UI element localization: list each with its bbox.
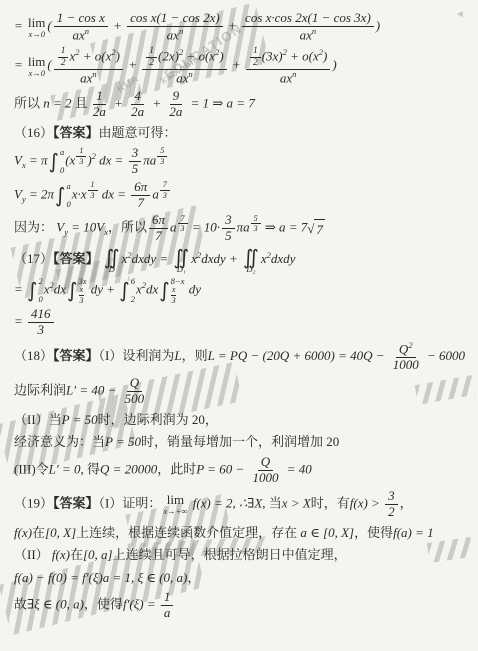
denominator: 2 — [250, 58, 261, 69]
numerator: Q2 — [396, 341, 416, 358]
q19-part1-proof: （19）【答案】（I）证明：limx→+∞ f(x) = 2, ∴∃X, 当x … — [14, 489, 474, 520]
math-text: x·x — [72, 186, 87, 201]
numerator: 1 — [161, 590, 174, 606]
q16-vy: Vy = 2π∫a0x·x13 dx = 6π7a73 — [14, 180, 474, 211]
math-text: 1 — [96, 88, 103, 103]
fraction: 6π7 — [149, 213, 168, 244]
cjk-text: 在 — [70, 547, 83, 562]
limit-under: x→0 — [28, 30, 45, 39]
denominator: 2 — [146, 58, 157, 69]
denominator: 5 — [222, 229, 235, 244]
limit-word: lim — [28, 16, 45, 29]
math-text: ( — [47, 57, 51, 72]
integral-sign: ∫ — [159, 280, 169, 300]
math-text: dxdy — [271, 252, 296, 267]
math-text: ⇒ a = 7 — [262, 220, 308, 235]
fraction: 12a — [90, 89, 109, 120]
radical-sign: √ — [307, 219, 314, 240]
denominator: 3 — [88, 191, 98, 200]
document-content: = limx→0(1 − cos xaxn + cos x(1 − cos 2x… — [0, 0, 478, 621]
numerator: 7 — [160, 180, 170, 190]
math-text: dx — [54, 281, 66, 296]
superscript: n — [85, 26, 89, 36]
numerator: cos x·cos 2x(1 − cos 3x) — [242, 11, 374, 27]
math-text: Q — [261, 454, 270, 469]
exponent-fraction: 73 — [160, 180, 170, 199]
cjk-text: （I）设利润为 — [99, 348, 175, 363]
cjk-text: 所以 — [14, 96, 40, 111]
cjk-text: （II）当 — [14, 412, 62, 427]
math-text: 9 — [173, 88, 180, 103]
q18-part2-value: （II）当P = 50时，边际利润为 20， — [14, 410, 474, 430]
denominator: 2a — [128, 105, 147, 120]
integral-sign: ∫ — [55, 185, 65, 205]
math-text: L — [174, 348, 181, 363]
math-text: 0 — [66, 199, 70, 209]
math-text: P = 50 — [62, 412, 98, 427]
math-text: ax — [73, 27, 85, 42]
denominator: 2a — [90, 105, 109, 120]
math-text: 6π — [134, 179, 147, 194]
numerator: 12(3x)2 + o(x2) — [246, 46, 330, 70]
cjk-text: 边际利润 — [14, 382, 66, 397]
exponent-fraction: 13 — [76, 146, 86, 165]
integral-sign: ∫ — [67, 280, 77, 300]
denominator: 5 — [129, 162, 142, 177]
cjk-text: （19） — [14, 495, 53, 510]
numerator: 12x2 + o(x2) — [54, 46, 123, 70]
math-text: 0 — [60, 165, 64, 175]
limit-expansion-1: = limx→0(1 − cos xaxn + cos x(1 − cos 2x… — [14, 11, 474, 43]
math-text: 1 − cos x — [57, 10, 105, 25]
math-text: 7 — [138, 195, 145, 210]
integral-sign: ∫ — [49, 151, 59, 171]
math-text: ax — [80, 70, 92, 85]
math-text — [99, 252, 102, 267]
integral: ∫20 — [27, 277, 43, 304]
cjk-text: 故 — [14, 596, 27, 611]
upper-bound: 3x — [78, 277, 86, 286]
answer-label: 【答案】 — [53, 348, 99, 363]
cjk-text: ， — [187, 570, 200, 585]
math-text: 416 — [31, 306, 51, 321]
upper-bound: 6 — [131, 277, 135, 286]
cjk-text: 得 — [87, 461, 100, 476]
math-text: = 10V — [68, 220, 104, 235]
integral-bounds: 3xx3 — [78, 277, 86, 304]
denominator: 3 — [76, 157, 86, 166]
lower-bound: 0 — [66, 200, 70, 209]
integral-bounds: 8−xx3 — [171, 277, 185, 304]
q19-part2-lagrange: （II） f(x)在[0, a]上连续且可导，根据拉格朗日中值定理， — [14, 545, 474, 565]
answer-label: 【答案】 — [53, 125, 99, 140]
math-text: cos x·cos 2x(1 − cos 3x) — [245, 10, 371, 25]
integral-domain: D — [109, 265, 115, 274]
integral-domain: D₂ — [246, 265, 255, 274]
math-text: = 40 — [283, 461, 311, 476]
math-text: ) — [332, 57, 336, 72]
superscript: 2 — [408, 340, 412, 350]
math-text: + — [229, 57, 244, 72]
square-root: √7 — [307, 219, 325, 240]
math-text: 3 — [388, 488, 395, 503]
denominator: 3 — [157, 157, 167, 166]
math-text: = — [14, 18, 26, 33]
numerator: 5 — [157, 146, 167, 156]
fraction: 4163 — [28, 307, 54, 338]
math-text: + — [111, 96, 126, 111]
denominator: axn — [164, 27, 187, 43]
denominator: 3 — [160, 191, 170, 200]
fraction: Q500 — [122, 376, 148, 407]
math-text: f(a) = 1 — [393, 525, 434, 540]
superscript: n — [92, 69, 96, 79]
fraction: 12(2x)2 + o(x2)axn — [142, 46, 226, 86]
integral: ∫a0 — [55, 182, 71, 209]
math-text: 7 — [155, 228, 162, 243]
math-text: f(x) — [14, 525, 32, 540]
denominator: 3 — [178, 224, 188, 233]
cjk-text: ， — [400, 495, 413, 510]
q17-header: （17）【答案】 ∬Dx2dxdy = ∬D₁x2dxdy + ∬D₂x2dxd… — [14, 247, 474, 274]
math-text: 1000 — [393, 357, 419, 372]
denominator: axn — [70, 27, 93, 43]
math-text: [0, X] — [45, 525, 76, 540]
fraction: Q1000 — [249, 455, 281, 486]
math-text: a — [66, 181, 70, 191]
math-text: n = 2 — [40, 96, 75, 111]
math-text: + o(x — [287, 49, 319, 64]
math-text: πa — [143, 152, 156, 167]
numerator: 1 − cos x — [54, 11, 108, 27]
math-text: V — [14, 152, 22, 167]
cjk-text: (III)令 — [14, 461, 49, 476]
math-text: f(x) = 2, ∴∃X, — [189, 495, 268, 510]
math-text: 3 — [225, 212, 232, 227]
math-text: ) — [116, 49, 120, 64]
fraction: cos x(1 − cos 2x)axn — [127, 11, 223, 43]
math-text: + — [110, 18, 125, 33]
lower-bound: 2 — [131, 295, 135, 304]
cjk-text: ，则 — [182, 348, 208, 363]
cjk-text: ，所以 — [108, 220, 147, 235]
upper-bound: a — [60, 148, 64, 157]
numerator: 4 — [131, 89, 144, 105]
math-text: P = 50 — [105, 434, 141, 449]
math-text: 2 — [38, 276, 42, 286]
math-text: − 6000 — [424, 348, 465, 363]
math-text: (x — [65, 152, 75, 167]
numerator: 1 — [93, 89, 106, 105]
numerator: 9 — [170, 89, 183, 105]
limit: limx→0 — [28, 16, 45, 39]
math-text: 3 — [132, 145, 139, 160]
limit: limx→+∞ — [163, 493, 187, 516]
integral: ∫8−xx3 — [159, 277, 184, 304]
math-text: ax — [280, 70, 292, 85]
small-fraction: x3 — [78, 285, 84, 304]
math-text: 3x — [78, 276, 86, 286]
small-fraction: 12 — [146, 46, 157, 69]
superscript: n — [292, 69, 296, 79]
denominator: axn — [77, 70, 100, 86]
cjk-text: 因为： — [14, 220, 53, 235]
math-text: = — [14, 313, 26, 328]
fraction: 6π7 — [131, 180, 150, 211]
cjk-text: 且 — [75, 96, 88, 111]
q18-part1: （18）【答案】（I）设利润为L，则L = PQ − (20Q + 6000) … — [14, 341, 474, 373]
numerator: Q — [258, 455, 273, 471]
math-text: 1 — [164, 589, 171, 604]
math-text: (2x) — [158, 49, 179, 64]
math-text: ax — [176, 70, 188, 85]
denominator: 3 — [78, 296, 84, 305]
fraction: cos x·cos 2x(1 − cos 3x)axn — [242, 11, 374, 43]
math-text: 2a — [169, 104, 182, 119]
math-text: = 2π — [26, 186, 54, 201]
math-text: dx — [146, 281, 158, 296]
fraction: 12(3x)2 + o(x2)axn — [246, 46, 330, 86]
math-text: a — [170, 220, 177, 235]
double-integral: ∬D₁ — [173, 247, 189, 274]
math-text: 0 — [38, 294, 42, 304]
math-text: Q = 20000 — [100, 461, 157, 476]
fraction: 1a — [161, 590, 174, 621]
answer-label: 【答案】 — [53, 495, 99, 510]
integral-domain: D₁ — [177, 265, 186, 274]
denominator: axn — [173, 70, 196, 86]
q19-part2-equation: f(a) − f(0) = f′(ξ)a = 1, ξ ∈ (0, a)， — [14, 568, 474, 588]
small-fraction: 12 — [250, 46, 261, 69]
double-integral: ∬D — [104, 247, 120, 274]
math-text: V — [14, 186, 22, 201]
numerator: 1 — [58, 46, 69, 58]
integral-sign: ∫ — [119, 280, 129, 300]
double-integral: ∬D₂ — [243, 247, 259, 274]
lower-bound: 0 — [60, 166, 64, 175]
math-text: cos x(1 − cos 2x) — [130, 10, 220, 25]
numerator: x — [79, 285, 85, 295]
math-text: V — [53, 220, 64, 235]
lower-bound: 0 — [38, 295, 42, 304]
q19-part2-conclusion: 故∃ξ ∈ (0, a)，使得f′(ξ) = 1a — [14, 590, 474, 621]
math-text: 6π — [152, 212, 165, 227]
fraction: 42a — [128, 89, 147, 120]
lower-bound: x3 — [78, 285, 86, 304]
math-text: 3 — [38, 322, 45, 337]
math-text: + o(x — [183, 49, 215, 64]
denominator: 3 — [35, 323, 48, 338]
superscript: n — [188, 69, 192, 79]
fraction: 32 — [385, 489, 398, 520]
q16-header: （16）【答案】由题意可得： — [14, 123, 474, 143]
math-text: dxdy = — [132, 252, 172, 267]
denominator: a — [161, 606, 174, 621]
math-text: Q — [130, 375, 139, 390]
math-text: ( — [47, 18, 51, 33]
cjk-text: 由题意可得： — [99, 125, 177, 140]
math-text: ax — [167, 27, 179, 42]
math-text: + — [149, 96, 164, 111]
fraction: Q21000 — [390, 341, 422, 373]
cjk-text: 上连续且可导，根据拉格朗日中值定理， — [113, 547, 347, 562]
q16-vx: Vx = π∫a0(x13)2 dx = 35πa53 — [14, 146, 474, 177]
cjk-text: 时，有 — [311, 495, 350, 510]
math-text: ax — [300, 27, 312, 42]
exponent-fraction: 53 — [157, 146, 167, 165]
integral: ∫a0 — [49, 148, 65, 175]
numerator: 7 — [178, 214, 188, 224]
cjk-text: 时，边际利润为 20， — [98, 412, 218, 427]
denominator: 3 — [171, 296, 177, 305]
small-fraction: x3 — [171, 285, 177, 304]
lower-bound: x3 — [171, 285, 185, 304]
math-text: f′(ξ) = — [123, 596, 159, 611]
radicand: 7 — [314, 219, 325, 240]
cjk-text: ，此时 — [157, 461, 196, 476]
denominator: 2a — [166, 105, 185, 120]
q16-conclusion: 因为： Vy = 10Vx，所以6π7a73 = 10·35πa53 ⇒ a =… — [14, 213, 474, 244]
numerator: 12(2x)2 + o(x2) — [142, 46, 226, 70]
denominator: 1000 — [249, 471, 281, 486]
cjk-text: ，使得 — [84, 596, 123, 611]
math-text: 5 — [225, 228, 232, 243]
math-text: a — [152, 186, 159, 201]
numerator: 1 — [88, 180, 98, 190]
limit-under: x→+∞ — [163, 507, 187, 516]
numerator: cos x(1 − cos 2x) — [127, 11, 223, 27]
math-text: L = PQ − (20Q + 6000) = 40Q − — [208, 348, 388, 363]
math-text: ) — [323, 49, 327, 64]
math-text: = 1 ⇒ a = 7 — [187, 96, 254, 111]
denominator: 7 — [135, 196, 148, 211]
cjk-text: （17） — [14, 252, 53, 267]
q19-part1-ivt: f(x)在[0, X]上连续，根据连续函数介值定理，存在 a ∈ [0, X]，… — [14, 523, 474, 543]
upper-bound: a — [66, 182, 70, 191]
superscript: n — [312, 26, 316, 36]
math-text: 4 — [134, 88, 141, 103]
math-text: a ∈ [0, X] — [297, 525, 354, 540]
integral-bounds: a0 — [66, 182, 70, 209]
math-text: dx = — [96, 152, 127, 167]
math-text: dxdy + — [201, 252, 241, 267]
upper-bound: 2 — [38, 277, 42, 286]
small-fraction: 12 — [58, 46, 69, 69]
math-text: f(x) > — [350, 495, 383, 510]
math-text: 2a — [93, 104, 106, 119]
cjk-text: （18） — [14, 348, 53, 363]
conclusion-n-a: 所以 n = 2 且12a + 42a + 92a = 1 ⇒ a = 7 — [14, 89, 474, 120]
math-text: f(x) — [49, 547, 70, 562]
numerator: 5 — [251, 214, 261, 224]
math-text: 2a — [131, 104, 144, 119]
limit: limx→0 — [28, 55, 45, 78]
cjk-text: 时，销量每增加一个，利润增加 20 — [141, 434, 339, 449]
math-text: [0, a] — [83, 547, 113, 562]
math-text: + — [225, 18, 240, 33]
denominator: 2 — [385, 505, 398, 520]
numerator: 3 — [385, 489, 398, 505]
math-text: = π — [26, 152, 48, 167]
exponent-fraction: 53 — [251, 214, 261, 233]
denominator: 3 — [251, 224, 261, 233]
exponent-fraction: 13 — [88, 180, 98, 199]
numerator: 1 — [146, 46, 157, 58]
math-text: 8−x — [171, 276, 185, 286]
math-text: ) — [219, 49, 223, 64]
math-text: Q — [399, 341, 408, 356]
math-text: a — [60, 147, 64, 157]
numerator: 1 — [250, 46, 261, 58]
fraction: 35 — [129, 146, 142, 177]
q18-part3: (III)令L′ = 0, 得Q = 20000，此时P = 60 − Q100… — [14, 455, 474, 486]
math-text: P = 60 − — [196, 461, 247, 476]
denominator: axn — [297, 27, 320, 43]
numerator: 416 — [28, 307, 54, 323]
limit-word: lim — [167, 493, 184, 506]
integral-bounds: 62 — [131, 277, 135, 304]
numerator: 6π — [149, 213, 168, 229]
math-text: 6 — [131, 276, 135, 286]
cjk-text: 经济意义为：当 — [14, 434, 105, 449]
integral: ∫3xx3 — [67, 277, 86, 304]
fraction: 1 − cos xaxn — [54, 11, 108, 43]
math-text: + o(x — [80, 49, 112, 64]
math-text: L′ = 0, — [49, 461, 87, 476]
math-text: dy — [185, 281, 201, 296]
math-text: 5 — [132, 161, 139, 176]
cjk-text: （I）证明： — [99, 495, 162, 510]
q17-iterated-integrals: = ∫20x2dx∫3xx3 dy + ∫62x2dx∫8−xx3 dy — [14, 277, 474, 304]
q17-result: = 4163 — [14, 307, 474, 338]
denominator: axn — [277, 70, 300, 86]
limit-expansion-2: = limx→0(12x2 + o(x2)axn + 12(2x)2 + o(x… — [14, 46, 474, 86]
math-text: dx = — [99, 186, 130, 201]
upper-bound: 8−x — [171, 277, 185, 286]
integral-sign: ∫ — [27, 280, 37, 300]
math-text: ∃ξ ∈ (0, a) — [27, 596, 84, 611]
math-text: 1000 — [252, 470, 278, 485]
superscript: n — [179, 26, 183, 36]
math-text: (3x) — [262, 49, 283, 64]
fraction: 35 — [222, 213, 235, 244]
integral-bounds: 20 — [38, 277, 42, 304]
integral-bounds: a0 — [60, 148, 64, 175]
math-text: L′ = 40 − — [66, 382, 120, 397]
math-text: = — [14, 57, 26, 72]
math-text: a — [164, 605, 171, 620]
exponent-fraction: 73 — [178, 214, 188, 233]
cjk-text: 上连续，根据连续函数介值定理，存在 — [76, 525, 297, 540]
numerator: x — [171, 285, 177, 295]
limit-word: lim — [28, 55, 45, 68]
limit-under: x→0 — [28, 69, 45, 78]
cjk-text: ，使得 — [354, 525, 393, 540]
numerator: 3 — [222, 213, 235, 229]
numerator: Q — [127, 376, 142, 392]
math-text: + — [125, 57, 140, 72]
denominator: 2 — [58, 58, 69, 69]
math-text: = 10· — [189, 220, 221, 235]
cjk-text: （16） — [14, 125, 53, 140]
q18-part2-meaning: 经济意义为：当P = 50时，销量每增加一个，利润增加 20 — [14, 432, 474, 452]
numerator: 3 — [129, 146, 142, 162]
q18-marginal-profit: 边际利润L′ = 40 − Q500 — [14, 376, 474, 407]
document-page: EDUCATIONkao.comKUA◄ = limx→0(1 − cos xa… — [0, 0, 478, 651]
math-text: 2 — [131, 294, 135, 304]
cjk-text: 当 — [269, 495, 282, 510]
math-text: = — [14, 281, 26, 296]
